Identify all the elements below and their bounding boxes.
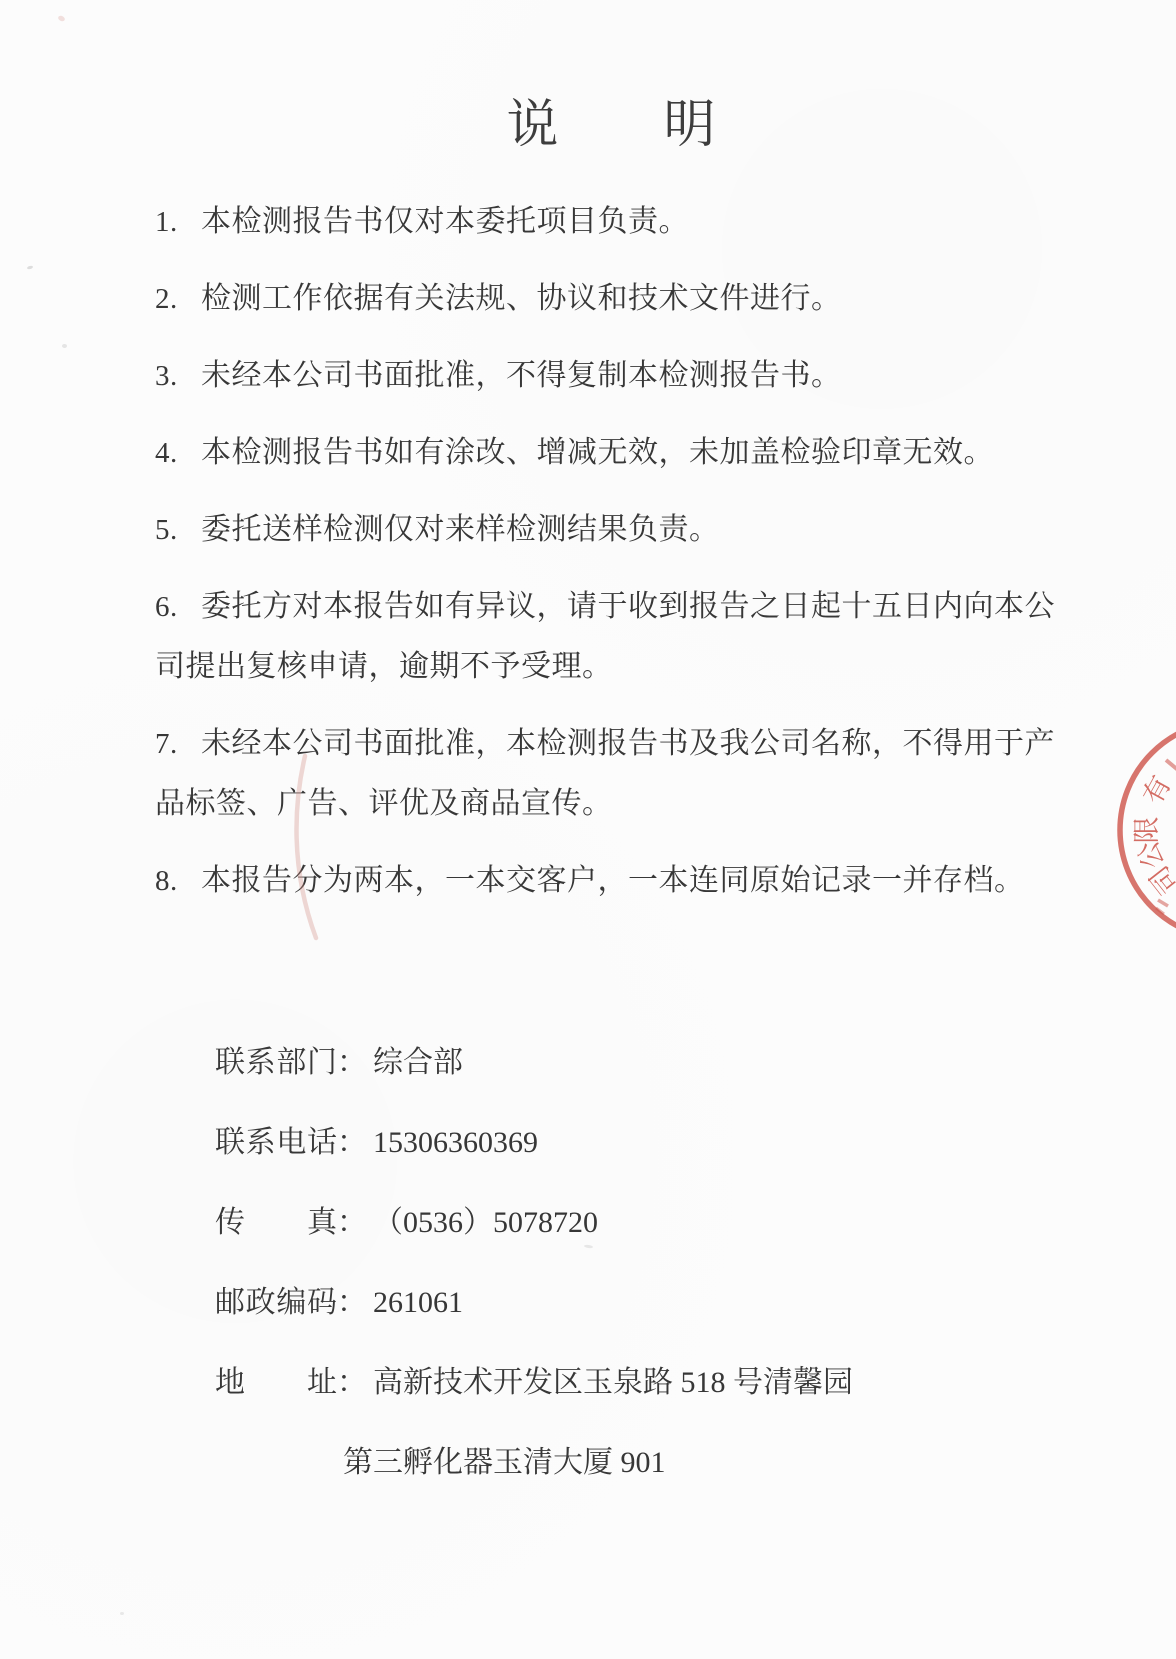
- note-item-4: 4.本检测报告书如有涂改、增减无效，未加盖检验印章无效。: [155, 423, 1067, 483]
- contact-value: 高新技术开发区玉泉路 518 号清馨园: [373, 1366, 853, 1399]
- notes-list: 1.本检测报告书仅对本委托项目负责。 2.检测工作依据有关法规、协议和技术文件进…: [155, 192, 1067, 911]
- contact-label: 邮政编码: [215, 1286, 337, 1320]
- note-number: 5.: [155, 500, 183, 560]
- contact-row-department: 联系部门：综合部: [215, 1046, 1067, 1080]
- contact-label: 联系电话: [215, 1126, 337, 1160]
- note-number: 6.: [155, 577, 183, 637]
- note-text: 检测工作依据有关法规、协议和技术文件进行。: [201, 282, 842, 315]
- company-stamp: 有 限 公 司: [1114, 720, 1176, 945]
- note-item-5: 5.委托送样检测仅对来样检测结果负责。: [155, 500, 1067, 560]
- page-title: 说明: [155, 96, 1067, 156]
- stamp-char: 有: [1137, 771, 1176, 809]
- note-text: 本检测报告书仅对本委托项目负责。: [201, 205, 689, 238]
- note-text: 未经本公司书面批准，本检测报告书及我公司名称，不得用于产品标签、广告、评优及商品…: [155, 727, 1055, 820]
- contact-label: 地址: [215, 1366, 337, 1400]
- note-item-7: 7.未经本公司书面批准，本检测报告书及我公司名称，不得用于产品标签、广告、评优及…: [155, 714, 1067, 834]
- note-number: 7.: [155, 714, 183, 774]
- note-text: 本报告分为两本，一本交客户，一本连同原始记录一并存档。: [201, 864, 1025, 897]
- note-number: 1.: [155, 192, 183, 252]
- contact-row-fax: 传真：（0536）5078720: [215, 1206, 1067, 1240]
- contact-row-address: 地址：高新技术开发区玉泉路 518 号清馨园: [215, 1366, 1067, 1400]
- contact-row-address-line2: 第三孵化器玉清大厦 901: [215, 1446, 1067, 1480]
- contact-value: （0536）5078720: [373, 1206, 598, 1239]
- contact-value: 第三孵化器玉清大厦 901: [343, 1446, 666, 1479]
- company-stamp-icon: 有 限 公 司: [1114, 720, 1176, 945]
- note-item-3: 3.未经本公司书面批准，不得复制本检测报告书。: [155, 346, 1067, 406]
- contact-label: 传真: [215, 1206, 337, 1240]
- contact-colon: ：: [337, 1206, 367, 1240]
- note-number: 4.: [155, 423, 183, 483]
- contact-label: 联系部门: [215, 1046, 337, 1080]
- contact-colon: ：: [337, 1126, 367, 1160]
- contact-value: 261061: [373, 1286, 463, 1319]
- note-text: 未经本公司书面批准，不得复制本检测报告书。: [201, 359, 842, 392]
- contact-value: 15306360369: [373, 1126, 538, 1159]
- note-number: 2.: [155, 269, 183, 329]
- scan-speck: [120, 1612, 124, 1615]
- note-number: 8.: [155, 851, 183, 911]
- note-item-2: 2.检测工作依据有关法规、协议和技术文件进行。: [155, 269, 1067, 329]
- note-item-6: 6.委托方对本报告如有异议，请于收到报告之日起十五日内向本公司提出复核申请，逾期…: [155, 577, 1067, 697]
- contact-colon: ：: [337, 1286, 367, 1320]
- note-number: 3.: [155, 346, 183, 406]
- contact-info-block: 联系部门：综合部 联系电话：15306360369 传真：（0536）50787…: [215, 1046, 1067, 1480]
- note-text: 委托送样检测仅对来样检测结果负责。: [201, 513, 720, 546]
- note-item-1: 1.本检测报告书仅对本委托项目负责。: [155, 192, 1067, 252]
- stamp-char: 限: [1132, 817, 1162, 844]
- contact-value: 综合部: [373, 1046, 463, 1079]
- stamp-char: 司: [1144, 860, 1176, 900]
- note-text: 本检测报告书如有涂改、增减无效，未加盖检验印章无效。: [201, 436, 994, 469]
- note-text: 委托方对本报告如有异议，请于收到报告之日起十五日内向本公司提出复核申请，逾期不予…: [155, 590, 1055, 683]
- scanned-document-page: { "document": { "title": "说明" }, "notes"…: [0, 0, 1176, 1659]
- contact-colon: ：: [337, 1046, 367, 1080]
- contact-colon: ：: [337, 1366, 367, 1400]
- page-title-text: 说明: [506, 97, 820, 154]
- document-body: 说明 1.本检测报告书仅对本委托项目负责。 2.检测工作依据有关法规、协议和技术…: [0, 0, 1067, 1480]
- note-item-8: 8.本报告分为两本，一本交客户，一本连同原始记录一并存档。: [155, 851, 1067, 911]
- contact-row-postcode: 邮政编码：261061: [215, 1286, 1067, 1320]
- contact-row-phone: 联系电话：15306360369: [215, 1126, 1067, 1160]
- stamp-char: 公: [1133, 838, 1170, 873]
